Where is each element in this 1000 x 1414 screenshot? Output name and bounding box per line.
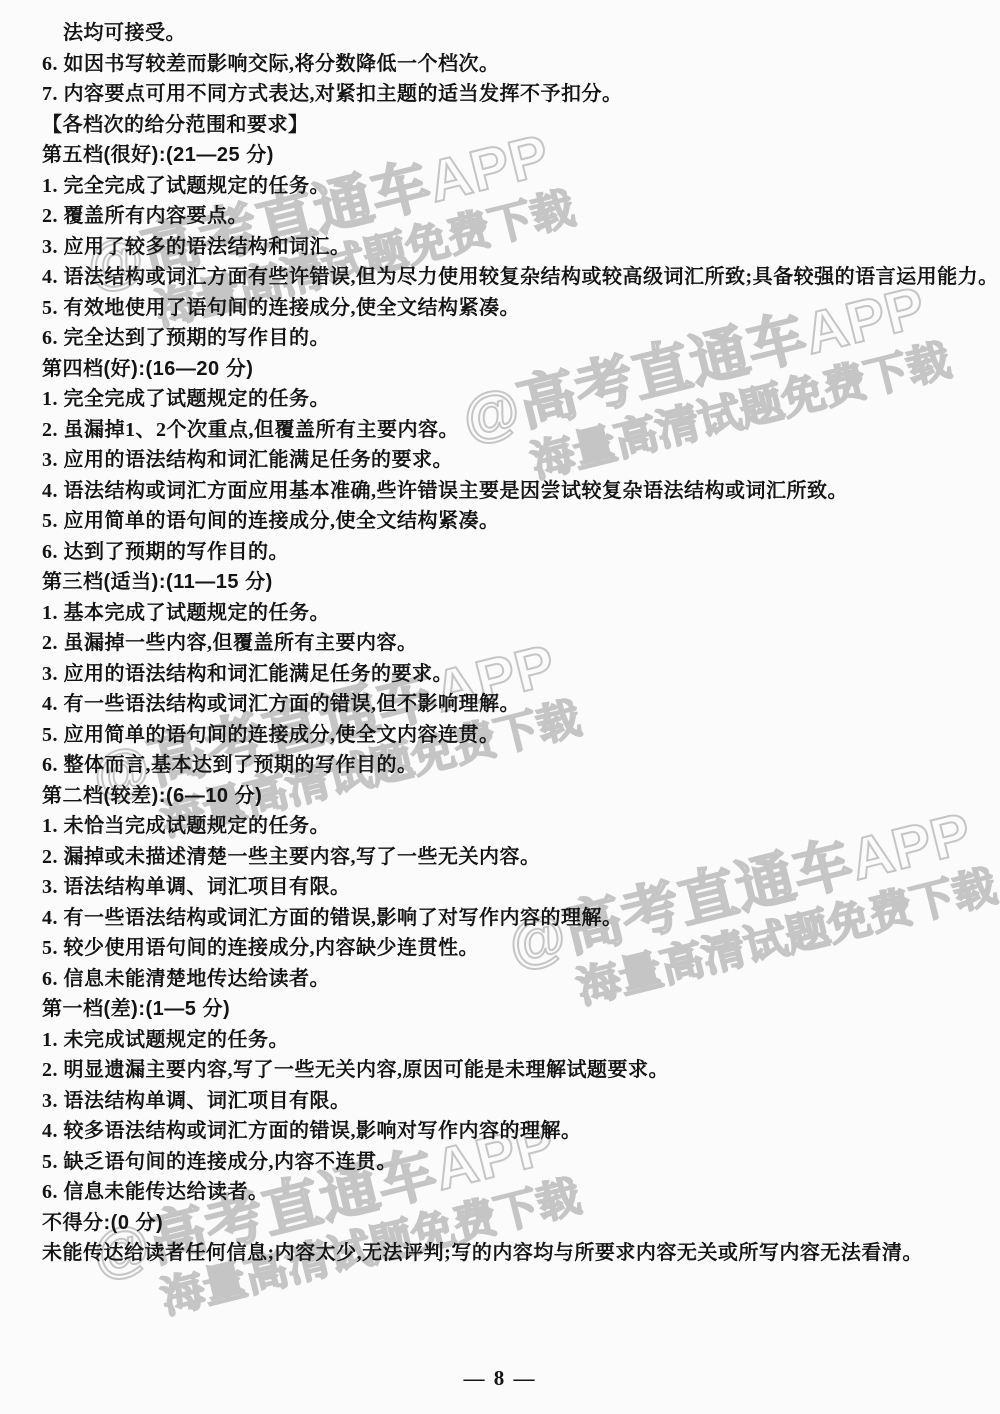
preamble-line: 7. 内容要点可用不同方式表达,对紧扣主题的适当发挥不予扣分。 — [42, 79, 970, 110]
band-item: 6. 信息未能清楚地传达给读者。 — [42, 964, 970, 995]
band-item: 5. 有效地使用了语句间的连接成分,使全文结构紧凑。 — [42, 293, 970, 324]
band-item: 1. 未恰当完成试题规定的任务。 — [42, 811, 970, 842]
band-item: 5. 较少使用语句间的连接成分,内容缺少连贯性。 — [42, 933, 970, 964]
band-item: 4. 有一些语法结构或词汇方面的错误,影响了对写作内容的理解。 — [42, 903, 970, 934]
preamble-line: 6. 如因书写较差而影响交际,将分数降低一个档次。 — [42, 49, 970, 80]
band-item: 5. 应用简单的语句间的连接成分,使全文结构紧凑。 — [42, 506, 970, 537]
band-item: 4. 有一些语法结构或词汇方面的错误,但不影响理解。 — [42, 689, 970, 720]
band-item: 6. 整体而言,基本达到了预期的写作目的。 — [42, 750, 970, 781]
band-item: 6. 信息未能传达给读者。 — [42, 1177, 970, 1208]
band-title: 第四档(好):(16—20 分) — [42, 354, 970, 385]
band-item: 3. 应用了较多的语法结构和词汇。 — [42, 232, 970, 263]
band-item: 5. 缺乏语句间的连接成分,内容不连贯。 — [42, 1147, 970, 1178]
band-item: 1. 完全完成了试题规定的任务。 — [42, 171, 970, 202]
preamble-line: 法均可接受。 — [42, 18, 970, 49]
band-title: 第五档(很好):(21—25 分) — [42, 140, 970, 171]
band-title: 不得分:(0 分) — [42, 1208, 970, 1239]
band-item: 3. 语法结构单调、词汇项目有限。 — [42, 1086, 970, 1117]
band-title: 第三档(适当):(11—15 分) — [42, 567, 970, 598]
page-number: — 8 — — [0, 1366, 1000, 1391]
band-item: 2. 明显遗漏主要内容,写了一些无关内容,原因可能是未理解试题要求。 — [42, 1055, 970, 1086]
band-item: 1. 基本完成了试题规定的任务。 — [42, 598, 970, 629]
band-item: 6. 达到了预期的写作目的。 — [42, 537, 970, 568]
band-item: 2. 虽漏掉一些内容,但覆盖所有主要内容。 — [42, 628, 970, 659]
band-item: 4. 语法结构或词汇方面有些许错误,但为尽力使用较复杂结构或较高级词汇所致;具备… — [42, 262, 970, 293]
band-item: 6. 完全达到了预期的写作目的。 — [42, 323, 970, 354]
band-item: 2. 漏掉或未描述清楚一些主要内容,写了一些无关内容。 — [42, 842, 970, 873]
band-title: 第二档(较差):(6—10 分) — [42, 781, 970, 812]
band-item: 5. 应用简单的语句间的连接成分,使全文内容连贯。 — [42, 720, 970, 751]
scanned-rubric-page: @高考直通车APP 海量高清试题免费下载 @高考直通车APP 海量高清试题免费下… — [0, 0, 1000, 1414]
band-item: 2. 覆盖所有内容要点。 — [42, 201, 970, 232]
band-item: 4. 较多语法结构或词汇方面的错误,影响对写作内容的理解。 — [42, 1116, 970, 1147]
band-item: 3. 应用的语法结构和词汇能满足任务的要求。 — [42, 445, 970, 476]
band-item: 2. 虽漏掉1、2个次重点,但覆盖所有主要内容。 — [42, 415, 970, 446]
band-item: 1. 完全完成了试题规定的任务。 — [42, 384, 970, 415]
band-item: 1. 未完成试题规定的任务。 — [42, 1025, 970, 1056]
section-header: 【各档次的给分范围和要求】 — [42, 110, 970, 141]
band-item: 3. 应用的语法结构和词汇能满足任务的要求。 — [42, 659, 970, 690]
band-title: 第一档(差):(1—5 分) — [42, 994, 970, 1025]
band-item: 未能传达给读者任何信息;内容太少,无法评判;写的内容均与所要求内容无关或所写内容… — [42, 1238, 970, 1269]
band-item: 4. 语法结构或词汇方面应用基本准确,些许错误主要是因尝试较复杂语法结构或词汇所… — [42, 476, 970, 507]
band-item: 3. 语法结构单调、词汇项目有限。 — [42, 872, 970, 903]
document-body: 法均可接受。6. 如因书写较差而影响交际,将分数降低一个档次。7. 内容要点可用… — [42, 18, 970, 1269]
